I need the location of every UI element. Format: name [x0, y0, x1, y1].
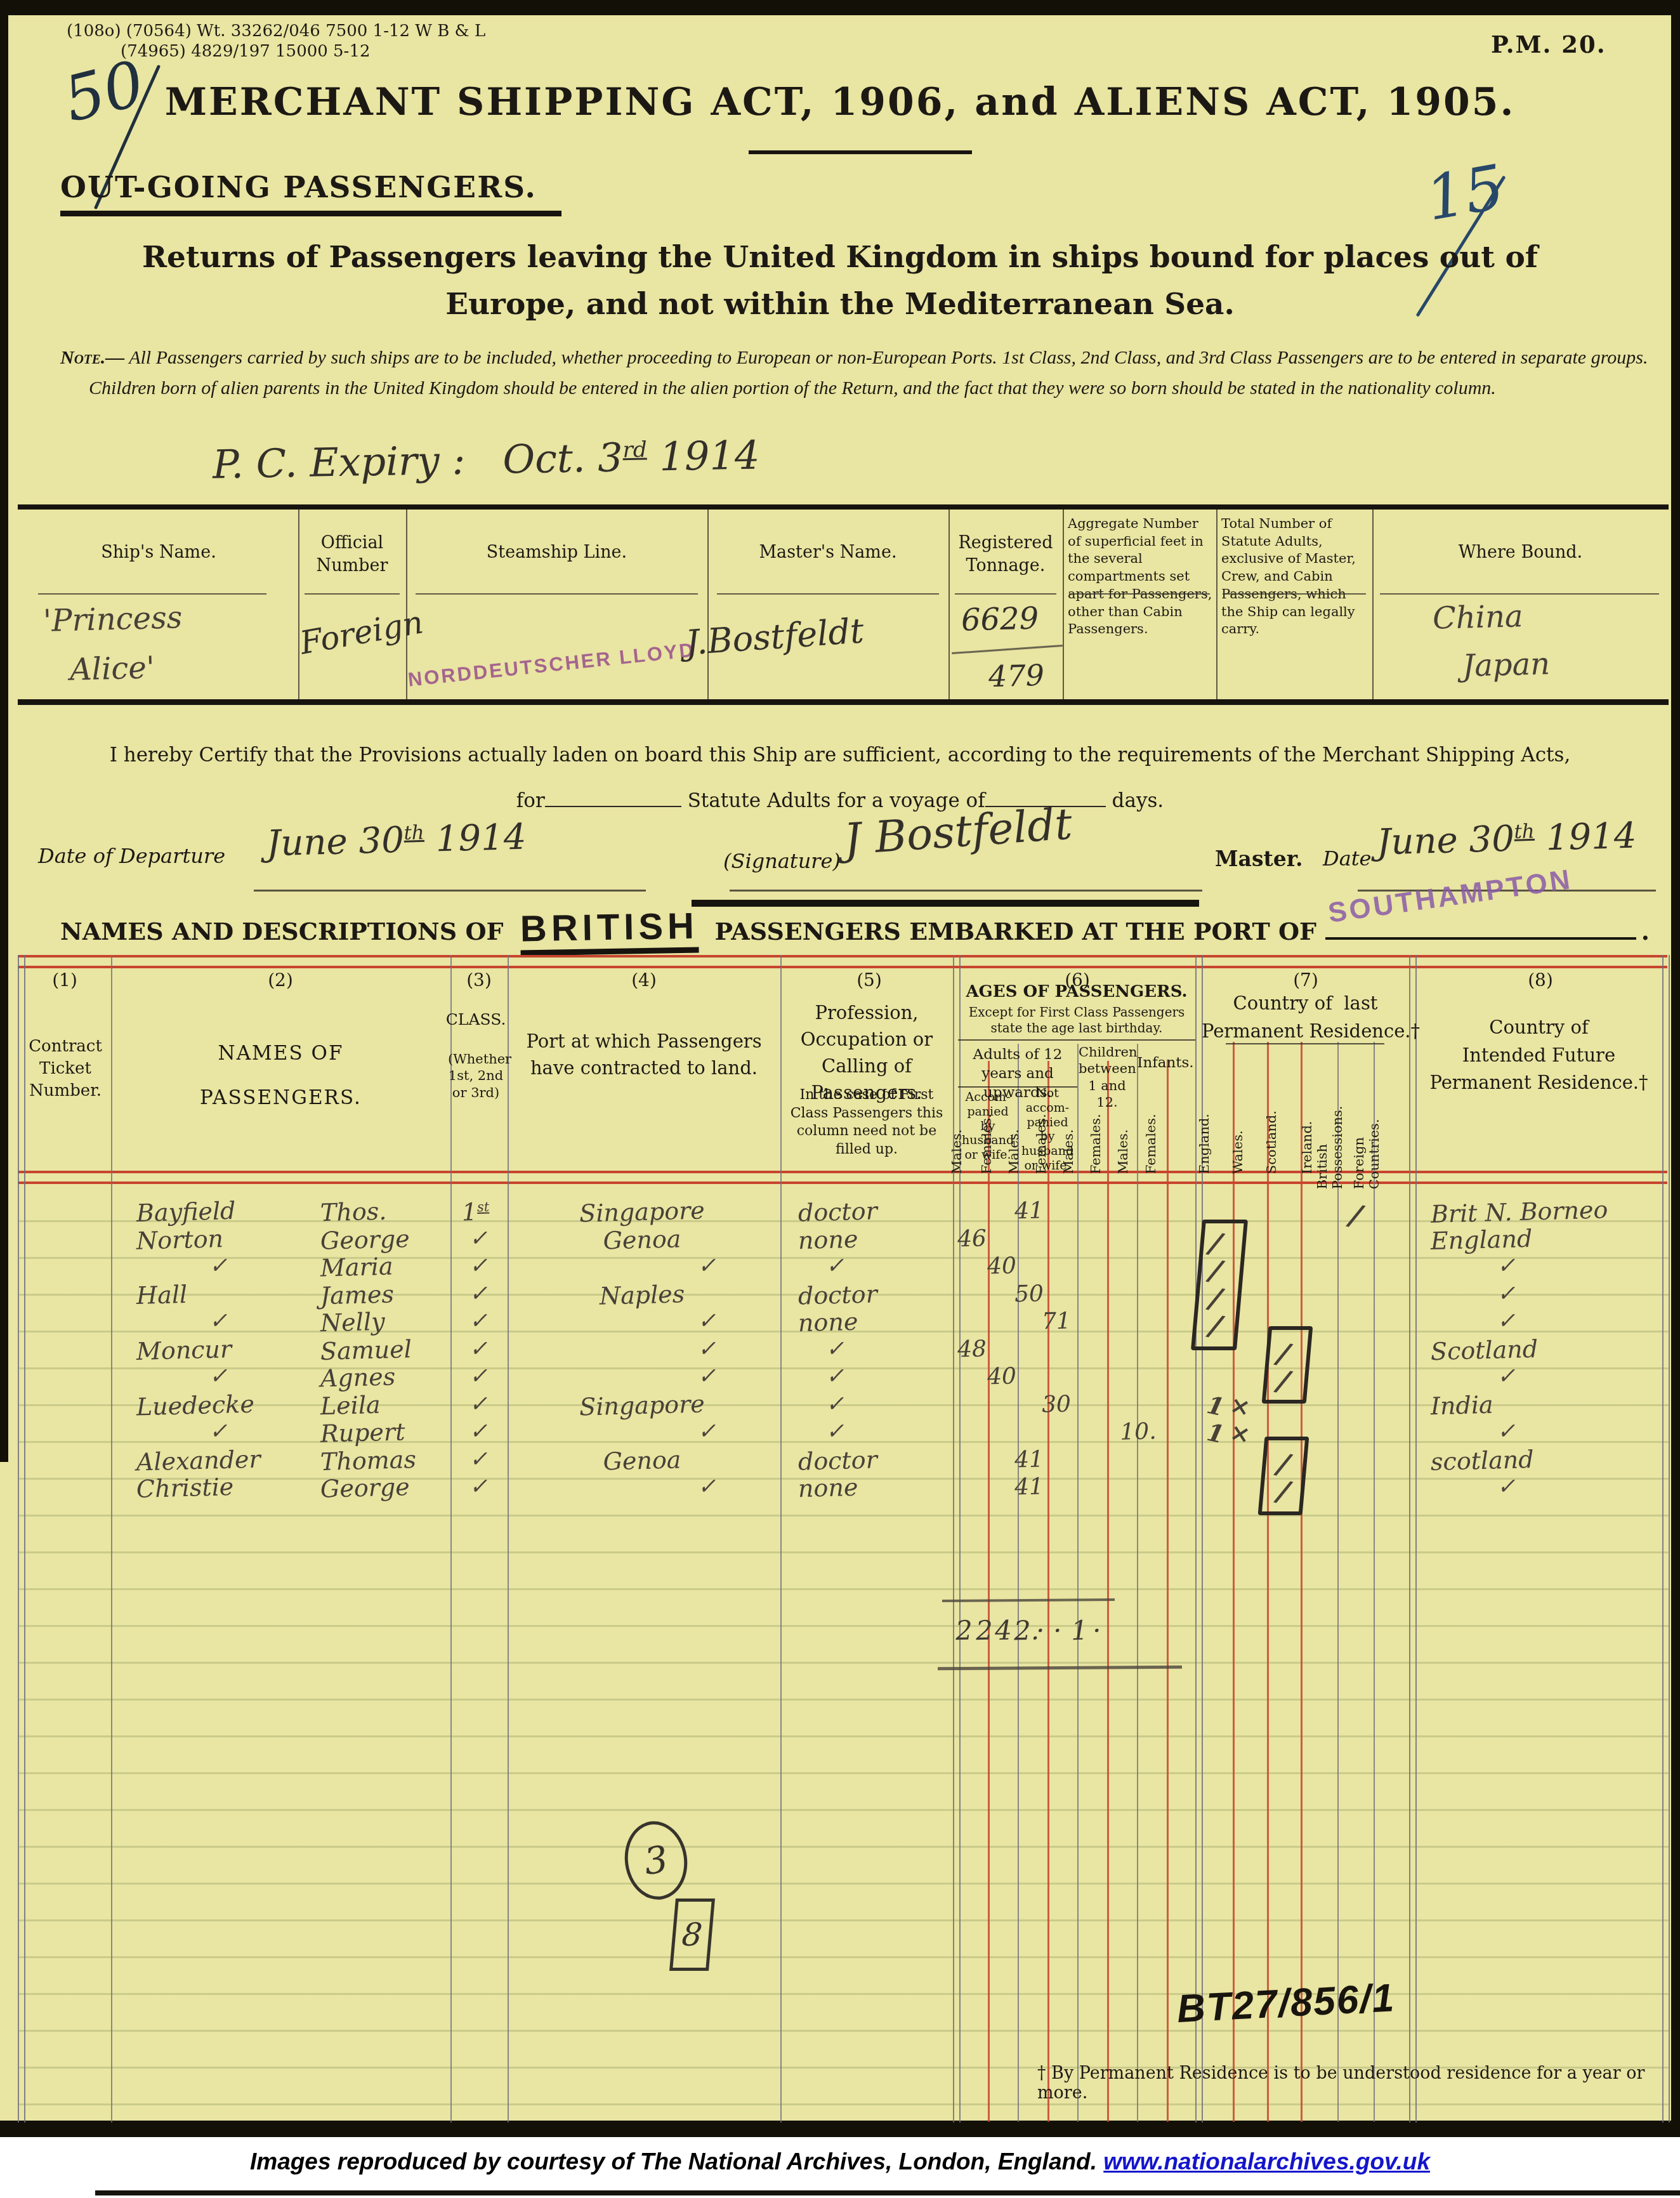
- cell-class: 1st: [461, 1197, 489, 1226]
- cell-port: Genoa: [603, 1225, 681, 1254]
- residence-box-scotland-2: [1258, 1437, 1309, 1515]
- ship-name-value-line2: Alice': [69, 650, 155, 687]
- col7-header-rule: [1226, 1043, 1384, 1044]
- port-heading-pre: NAMES AND DESCRIPTIONS OF: [60, 917, 504, 945]
- registered-tonnage-value: 6629: [961, 600, 1039, 638]
- date-of-departure-label: Date of Departure: [38, 844, 225, 868]
- col6-children-header: Children between 1 and 12.: [1079, 1044, 1136, 1110]
- cell-given-name: Nelly: [320, 1308, 385, 1338]
- tonnage-strike: [952, 645, 1063, 654]
- cell-age-nacc_m: 41: [1014, 1473, 1044, 1500]
- handwritten-number-15: 15: [1421, 151, 1509, 235]
- col-line-2-3: [450, 955, 452, 2122]
- total-ch_f: ·: [1053, 1615, 1062, 1646]
- cell-age-nacc_m: 41: [1014, 1197, 1044, 1224]
- note-text: All Passengers carried by such ships are…: [89, 347, 1648, 398]
- ship-header-rule: [955, 593, 1056, 595]
- cell-given-name: George: [320, 1225, 410, 1255]
- residence-line-red: [1233, 1042, 1235, 2122]
- printer-code-line2: (74965) 4829/197 15000 5-12: [121, 42, 370, 61]
- cell-future-residence: ✓: [1497, 1364, 1516, 1390]
- cell-given-name: George: [320, 1473, 410, 1503]
- port-heading-post: PASSENGERS EMBARKED AT THE PORT OF: [715, 917, 1317, 945]
- cell-future-residence: scotland: [1430, 1445, 1534, 1475]
- cell-age-nacc_f: 71: [1042, 1308, 1072, 1334]
- residence-column-label: Ireland.: [1299, 1121, 1315, 1174]
- column-number: (7): [1293, 970, 1318, 990]
- cell-surname: Norton: [136, 1225, 223, 1255]
- residence-column-label: British Possessions.: [1315, 1105, 1345, 1189]
- steamship-line-stamp: NORDDEUTSCHER LLOYD: [407, 638, 696, 691]
- national-archives-link[interactable]: www.nationalarchives.gov.uk: [1103, 2149, 1430, 2175]
- ship-table-bottom-border: [18, 699, 1669, 705]
- col7-header: Country of last Permanent Residence.†: [1202, 990, 1409, 1045]
- ship-col-line: [1063, 510, 1064, 699]
- expiry-prefix: P. C. Expiry :: [212, 437, 465, 488]
- cell-port: Naples: [599, 1280, 685, 1310]
- col-line-1-2: [111, 955, 112, 2122]
- signature-label: (Signature): [723, 849, 841, 873]
- age-sex-label: Males.: [1061, 1129, 1076, 1175]
- signature-rule: [730, 890, 1202, 892]
- note-paragraph: Note.— All Passengers carried by such sh…: [60, 343, 1662, 404]
- cell-port: ✓: [697, 1253, 716, 1279]
- cell-given-name: Leila: [320, 1390, 381, 1419]
- cell-port: Singapore: [579, 1196, 705, 1227]
- cell-future-residence: ✓: [1497, 1308, 1516, 1334]
- cell-given-name: Thomas: [320, 1445, 416, 1476]
- cell-surname: Moncur: [136, 1335, 232, 1366]
- cell-profession: none: [797, 1308, 858, 1337]
- footer-credit: Images reproduced by courtesy of The Nat…: [250, 2149, 1103, 2175]
- circled-number-value: 3: [641, 1838, 671, 1883]
- col-line-7-8: [1409, 955, 1417, 2122]
- col2-header-2: PASSENGERS.: [111, 1086, 450, 1109]
- col4-header: Port at which Passengers have contracted…: [520, 1028, 768, 1081]
- cell-class: ✓: [469, 1391, 488, 1417]
- master-label: Master.: [1215, 846, 1303, 871]
- section-heading: OUT-GOING PASSENGERS.: [60, 170, 537, 205]
- cell-class: ✓: [469, 1308, 488, 1334]
- ship-header-where-bound: Where Bound.: [1372, 543, 1669, 562]
- residence-line: [1374, 1042, 1375, 2122]
- cell-port: ✓: [697, 1364, 716, 1390]
- column-number: (1): [52, 970, 77, 990]
- cell-profession: doctor: [797, 1280, 877, 1310]
- form-reference: P.M. 20.: [1491, 30, 1606, 58]
- cell-surname: Christie: [136, 1473, 233, 1503]
- column-number: (4): [631, 970, 657, 990]
- ship-name-value-line1: 'Princess: [43, 600, 183, 639]
- cell-age-acc_f: 40: [987, 1253, 1017, 1279]
- title-underline: [749, 150, 972, 154]
- age-sex-label: Females.: [1034, 1114, 1049, 1174]
- cell-port: Singapore: [579, 1390, 705, 1421]
- cell-future-residence: ✓: [1497, 1280, 1516, 1306]
- cell-surname: Luedecke: [136, 1390, 254, 1421]
- note-label: Note.—: [60, 347, 124, 368]
- total-ch_m: ·: [1035, 1615, 1045, 1646]
- cell-future-residence: Scotland: [1430, 1334, 1538, 1365]
- expiry-year: 1914: [659, 431, 760, 480]
- cell-surname: ✓: [209, 1419, 228, 1445]
- cell-given-name: Agnes: [320, 1362, 395, 1392]
- boxed-number-value: 8: [681, 1916, 704, 1953]
- cell-age-nacc_m: 41: [1014, 1446, 1044, 1473]
- cell-future-residence: India: [1430, 1390, 1493, 1420]
- returns-heading-line2: Europe, and not within the Mediterranean…: [0, 287, 1680, 322]
- cell-profession: ✓: [825, 1253, 844, 1279]
- cell-class: ✓: [469, 1446, 488, 1472]
- col-line-4-5: [780, 955, 782, 2122]
- expiry-note: P. C. Expiry : Oct. 3rd 1914: [212, 431, 759, 487]
- residence-line-red: [1267, 1042, 1269, 2122]
- residence-column-label: Scotland.: [1264, 1110, 1279, 1174]
- age-sex-label: Females.: [1143, 1114, 1158, 1174]
- ship-header-official-number: Official Number: [298, 532, 406, 578]
- col1-header: Contract Ticket Number.: [20, 1036, 110, 1102]
- ship-header-statute-adults: Total Number of Statute Adults, exclusiv…: [1221, 515, 1367, 638]
- ship-header-rule: [38, 593, 266, 595]
- age-line-red: [1167, 1061, 1169, 2122]
- ship-header-steamship-line: Steamship Line.: [406, 543, 707, 562]
- table-right-edge: [1662, 955, 1670, 2122]
- ship-header-rule: [1380, 593, 1659, 595]
- total-nacc_m: 4: [994, 1615, 1012, 1647]
- printer-code-line1: (108o) (70564) Wt. 33262/046 7500 1-12 W…: [67, 22, 485, 41]
- cell-age-acc_f: 40: [987, 1363, 1017, 1390]
- ship-table-top-border: [18, 504, 1669, 510]
- age-sex-label: Females.: [979, 1114, 994, 1174]
- column-number: (5): [856, 970, 882, 990]
- age-sex-label: Females.: [1088, 1114, 1103, 1174]
- cell-surname: Bayfield: [136, 1197, 235, 1227]
- cell-class: ✓: [469, 1364, 488, 1390]
- for-line: for Statute Adults for a voyage of days.: [0, 787, 1680, 812]
- residence-line: [1337, 1042, 1339, 2122]
- red-rule-top: [18, 955, 1667, 968]
- age-line-red: [1107, 1061, 1109, 2122]
- age-line: [1137, 1044, 1138, 2122]
- cell-profession: none: [797, 1473, 858, 1503]
- scan-edge-left: [0, 15, 8, 1462]
- ship-header-rule: [1069, 593, 1210, 595]
- cell-surname: ✓: [209, 1253, 228, 1279]
- expiry-ordinal: rd: [622, 437, 647, 463]
- cell-profession: none: [797, 1225, 858, 1254]
- total-inf_f: ·: [1092, 1615, 1101, 1646]
- table-left-edge: [18, 955, 25, 2122]
- departure-rule: [254, 890, 646, 892]
- total-acc_m: 2: [955, 1615, 973, 1647]
- days-label: days.: [1112, 789, 1164, 812]
- col3-header-1: CLASS.: [445, 1010, 506, 1029]
- cell-age-nacc_m: 50: [1014, 1280, 1044, 1307]
- returns-heading-line1: Returns of Passengers leaving the United…: [0, 240, 1680, 275]
- cell-profession: doctor: [797, 1445, 877, 1475]
- cell-port: ✓: [697, 1336, 716, 1362]
- port-blank-rule: [1325, 937, 1636, 940]
- residence-line-red: [1301, 1042, 1303, 2122]
- residence-column-label: Foreign Countries.: [1351, 1119, 1382, 1189]
- ship-header-superficial-feet: Aggregate Number of superficial feet in …: [1068, 515, 1212, 638]
- scan-edge-right: [1671, 15, 1680, 2122]
- cell-surname: ✓: [209, 1308, 228, 1334]
- cell-given-name: Samuel: [320, 1335, 412, 1366]
- certify-line: I hereby Certify that the Provisions act…: [0, 744, 1680, 767]
- cell-future-residence: England: [1430, 1224, 1532, 1254]
- cell-age-inf_m: 10.: [1120, 1418, 1157, 1445]
- col2-header-1: NAMES OF: [111, 1042, 450, 1065]
- cell-surname: ✓: [209, 1364, 228, 1390]
- cell-given-name: Thos.: [320, 1197, 386, 1227]
- boxed-number: 8: [669, 1899, 715, 1971]
- cell-profession: ✓: [825, 1391, 844, 1417]
- ship-header-master: Master's Name.: [707, 543, 948, 562]
- total-acc_f: 2: [975, 1615, 993, 1647]
- column-number: (8): [1528, 970, 1553, 990]
- cell-port: ✓: [697, 1419, 716, 1445]
- ship-header-tonnage: Registered Tonnage.: [948, 532, 1063, 578]
- cell-port: ✓: [697, 1308, 716, 1334]
- cell-profession: ✓: [825, 1419, 844, 1445]
- ship-col-line: [1372, 510, 1374, 699]
- scan-edge-bottom: [0, 2121, 1680, 2137]
- permanent-residence-footnote: † By Permanent Residence is to be unders…: [1037, 2063, 1680, 2103]
- total-inf_m: 1: [1070, 1615, 1088, 1647]
- date-label: Date: [1323, 846, 1372, 871]
- col6-infants-header: Infants.: [1137, 1055, 1194, 1071]
- column-number: (2): [268, 970, 293, 990]
- port-heading-period: .: [1641, 917, 1650, 945]
- residence-box-scotland-1: [1262, 1326, 1313, 1404]
- col6-header-rule: [958, 1039, 1195, 1041]
- col-line-3-4: [508, 955, 509, 2122]
- for-label: for: [516, 789, 545, 812]
- residence-column-label: Wales.: [1230, 1130, 1245, 1174]
- date-of-departure-value: June 30th 1914: [266, 817, 527, 865]
- age-line-red: [1047, 1061, 1049, 2122]
- cell-profession: ✓: [825, 1364, 844, 1390]
- expiry-date: Oct. 3: [502, 434, 624, 482]
- cell-surname: Alexander: [136, 1445, 261, 1476]
- cell-class: ✓: [469, 1336, 488, 1362]
- cell-class: ✓: [469, 1225, 488, 1251]
- age-sex-label: Males.: [949, 1129, 964, 1175]
- cell-future-residence: ✓: [1497, 1253, 1516, 1279]
- cell-future-residence: ✓: [1497, 1474, 1516, 1500]
- scanned-passenger-list-page: (108o) (70564) Wt. 33262/046 7500 1-12 W…: [0, 0, 1680, 2198]
- cell-port: ✓: [697, 1474, 716, 1500]
- cell-future-residence: ✓: [1497, 1419, 1516, 1445]
- scan-edge-top: [0, 0, 1680, 15]
- date-value: June 30th 1914: [1376, 815, 1637, 864]
- where-bound-line1: China: [1432, 598, 1523, 636]
- footer-strip: Images reproduced by courtesy of The Nat…: [0, 2137, 1680, 2198]
- ship-header-name: Ship's Name.: [19, 543, 298, 562]
- ship-col-line: [1216, 510, 1217, 699]
- age-sex-label: Males.: [1115, 1129, 1131, 1175]
- section-heading-underline: [60, 211, 561, 216]
- where-bound-line2: Japan: [1462, 646, 1551, 684]
- cell-class: ✓: [469, 1280, 488, 1306]
- col8-header: Country of Intended Future Permanent Res…: [1415, 1014, 1662, 1097]
- ship-header-rule: [1223, 593, 1366, 595]
- masters-name-signature: J.Bostfeldt: [684, 610, 865, 662]
- ship-col-line: [707, 510, 709, 699]
- footer-bottom-line: [95, 2190, 1680, 2195]
- cell-surname: Hall: [136, 1280, 187, 1309]
- page-title: MERCHANT SHIPPING ACT, 1906, and ALIENS …: [0, 80, 1680, 124]
- ship-header-rule: [305, 593, 400, 595]
- cell-profession: doctor: [797, 1197, 877, 1227]
- col6-header-2: Except for First Class Passengers state …: [962, 1004, 1191, 1036]
- age-line: [1077, 1044, 1079, 2122]
- cell-future-residence: Brit N. Borneo: [1430, 1195, 1608, 1228]
- age-line-red: [988, 1061, 990, 2122]
- col5-header-2: In the case of First Class Passengers th…: [787, 1086, 947, 1159]
- cell-profession: ✓: [825, 1336, 844, 1362]
- ship-header-rule: [717, 593, 939, 595]
- cell-given-name: Rupert: [320, 1418, 405, 1447]
- age-sex-label: Males.: [1006, 1129, 1021, 1175]
- statute-adults-blank: [545, 787, 681, 807]
- cell-class: ✓: [469, 1419, 488, 1445]
- cell-class: ✓: [469, 1253, 488, 1279]
- column-number: (3): [466, 970, 492, 990]
- cell-class: ✓: [469, 1474, 488, 1500]
- col6-header-1: AGES OF PASSENGERS.: [958, 982, 1195, 1001]
- british-stamp: BRITISH: [520, 905, 699, 956]
- col3-header-2: (Whether 1st, 2nd or 3rd): [448, 1051, 504, 1101]
- residence-column-label: England.: [1197, 1114, 1212, 1174]
- cell-given-name: Maria: [320, 1253, 393, 1282]
- cell-port: Genoa: [603, 1445, 681, 1475]
- ship-header-rule: [416, 593, 698, 595]
- cell-given-name: James: [320, 1280, 394, 1310]
- cell-age-acc_m: 46: [957, 1225, 987, 1252]
- tonnage-alt-value: 479: [988, 658, 1044, 694]
- red-rule-header-bottom: [18, 1171, 1667, 1184]
- cell-age-acc_m: 48: [957, 1336, 987, 1362]
- cell-age-nacc_f: 30: [1042, 1391, 1072, 1418]
